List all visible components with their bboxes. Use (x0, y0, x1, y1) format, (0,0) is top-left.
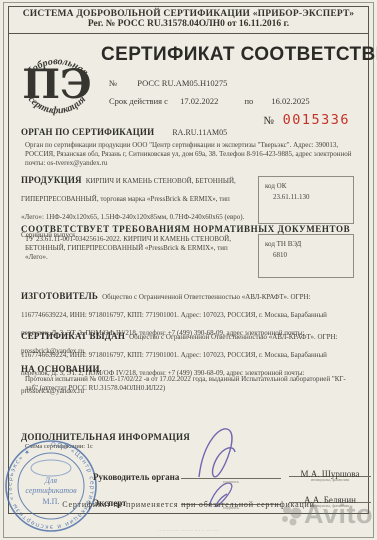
product-label: ПРОДУКЦИЯ (21, 175, 82, 185)
system-name: СИСТЕМА ДОБРОВОЛЬНОЙ СЕРТИФИКАЦИИ «ПРИБО… (9, 9, 368, 19)
certification-body-code: RA.RU.11AM05 (172, 128, 227, 137)
ok-code-box: код ОК 23.61.11.130 (258, 176, 354, 224)
certificate-number: РОСС RU.AM05.Н10275 (137, 78, 227, 88)
ok-code-label: код ОК (265, 181, 347, 192)
validity-label: Срок действия с (109, 96, 168, 106)
additional-info-section: ДОПОЛНИТЕЛЬНАЯ ИНФОРМАЦИЯ Схема сертифик… (21, 432, 356, 452)
signature-caption: подпись (181, 479, 281, 484)
stamp-line2: сертификатов (25, 486, 77, 495)
certification-body-section: ОРГАН ПО СЕРТИФИКАЦИИ RA.RU.11AM05 Орган… (21, 122, 356, 169)
ok-code-value: 23.61.11.130 (265, 192, 347, 203)
stamp-line1: Для (44, 476, 58, 485)
stamp-ring-text: ООО «Центр сертификации и экспертизы «Тв… (6, 441, 95, 530)
head-signature-line: подпись (181, 466, 281, 479)
valid-to-label: по (244, 96, 253, 106)
certificate-body: Добровольная ПЭ сертификация СЕРТИФИКАТ … (8, 33, 369, 514)
number-label: № (109, 78, 117, 88)
tnved-code-value: 6810 (265, 250, 347, 261)
basis-label: НА ОСНОВАНИИ (21, 364, 356, 374)
certification-body-text: Орган по сертификации продукции ООО "Цен… (21, 141, 356, 169)
tnved-code-box: код ТН ВЭД 6810 (258, 234, 354, 278)
avito-watermark-text: Avito (304, 499, 373, 530)
name-caption: инициалы, фамилия (289, 477, 371, 482)
validity-row: Срок действия с 17.02.2022 по 16.02.2025 (109, 96, 310, 106)
basis-text: Протокол испытаний № 002/Е-17/02/22 -в о… (21, 375, 356, 393)
certificate-number-row: № РОСС RU.AM05.Н10275 (109, 78, 227, 88)
svg-text:ООО «Центр сертификации и эксп: ООО «Центр сертификации и экспертизы «Тв… (6, 441, 95, 530)
tnved-code-label: код ТН ВЭД (265, 239, 347, 250)
certificate-title: СЕРТИФИКАТ СООТВЕТСТВИЯ (101, 44, 377, 66)
avito-logo-icon (280, 504, 302, 526)
avito-watermark: Avito (280, 499, 373, 530)
issued-to-label: СЕРТИФИКАТ ВЫДАН (21, 331, 125, 341)
valid-to-date: 16.02.2025 (271, 96, 309, 106)
manufacturer-label: ИЗГОТОВИТЕЛЬ (21, 291, 98, 301)
certification-body-label: ОРГАН ПО СЕРТИФИКАЦИИ (21, 127, 154, 137)
additional-info-label: ДОПОЛНИТЕЛЬНАЯ ИНФОРМАЦИЯ (21, 432, 356, 442)
pe-logo-icon: Добровольная ПЭ сертификация (13, 38, 101, 130)
additional-info-text: Схема сертификации: 1с (21, 443, 356, 452)
system-reg-number: Рег. № РОСС RU.31578.04ОЛН0 от 16.11.201… (9, 19, 368, 29)
valid-from-date: 17.02.2022 (180, 96, 218, 106)
standards-label: СООТВЕТСТВУЕТ ТРЕБОВАНИЯМ НОРМАТИВНЫХ ДО… (21, 224, 356, 234)
head-role-label: Руководитель органа (93, 472, 179, 482)
certification-system-header: СИСТЕМА ДОБРОВОЛЬНОЙ СЕРТИФИКАЦИИ «ПРИБО… (8, 6, 369, 34)
certificate-page: СИСТЕМА ДОБРОВОЛЬНОЙ СЕРТИФИКАЦИИ «ПРИБО… (0, 0, 377, 540)
basis-section: НА ОСНОВАНИИ Протокол испытаний № 002/Е-… (21, 364, 356, 393)
head-name-line: М.А. Шуршова инициалы, фамилия (289, 464, 371, 477)
